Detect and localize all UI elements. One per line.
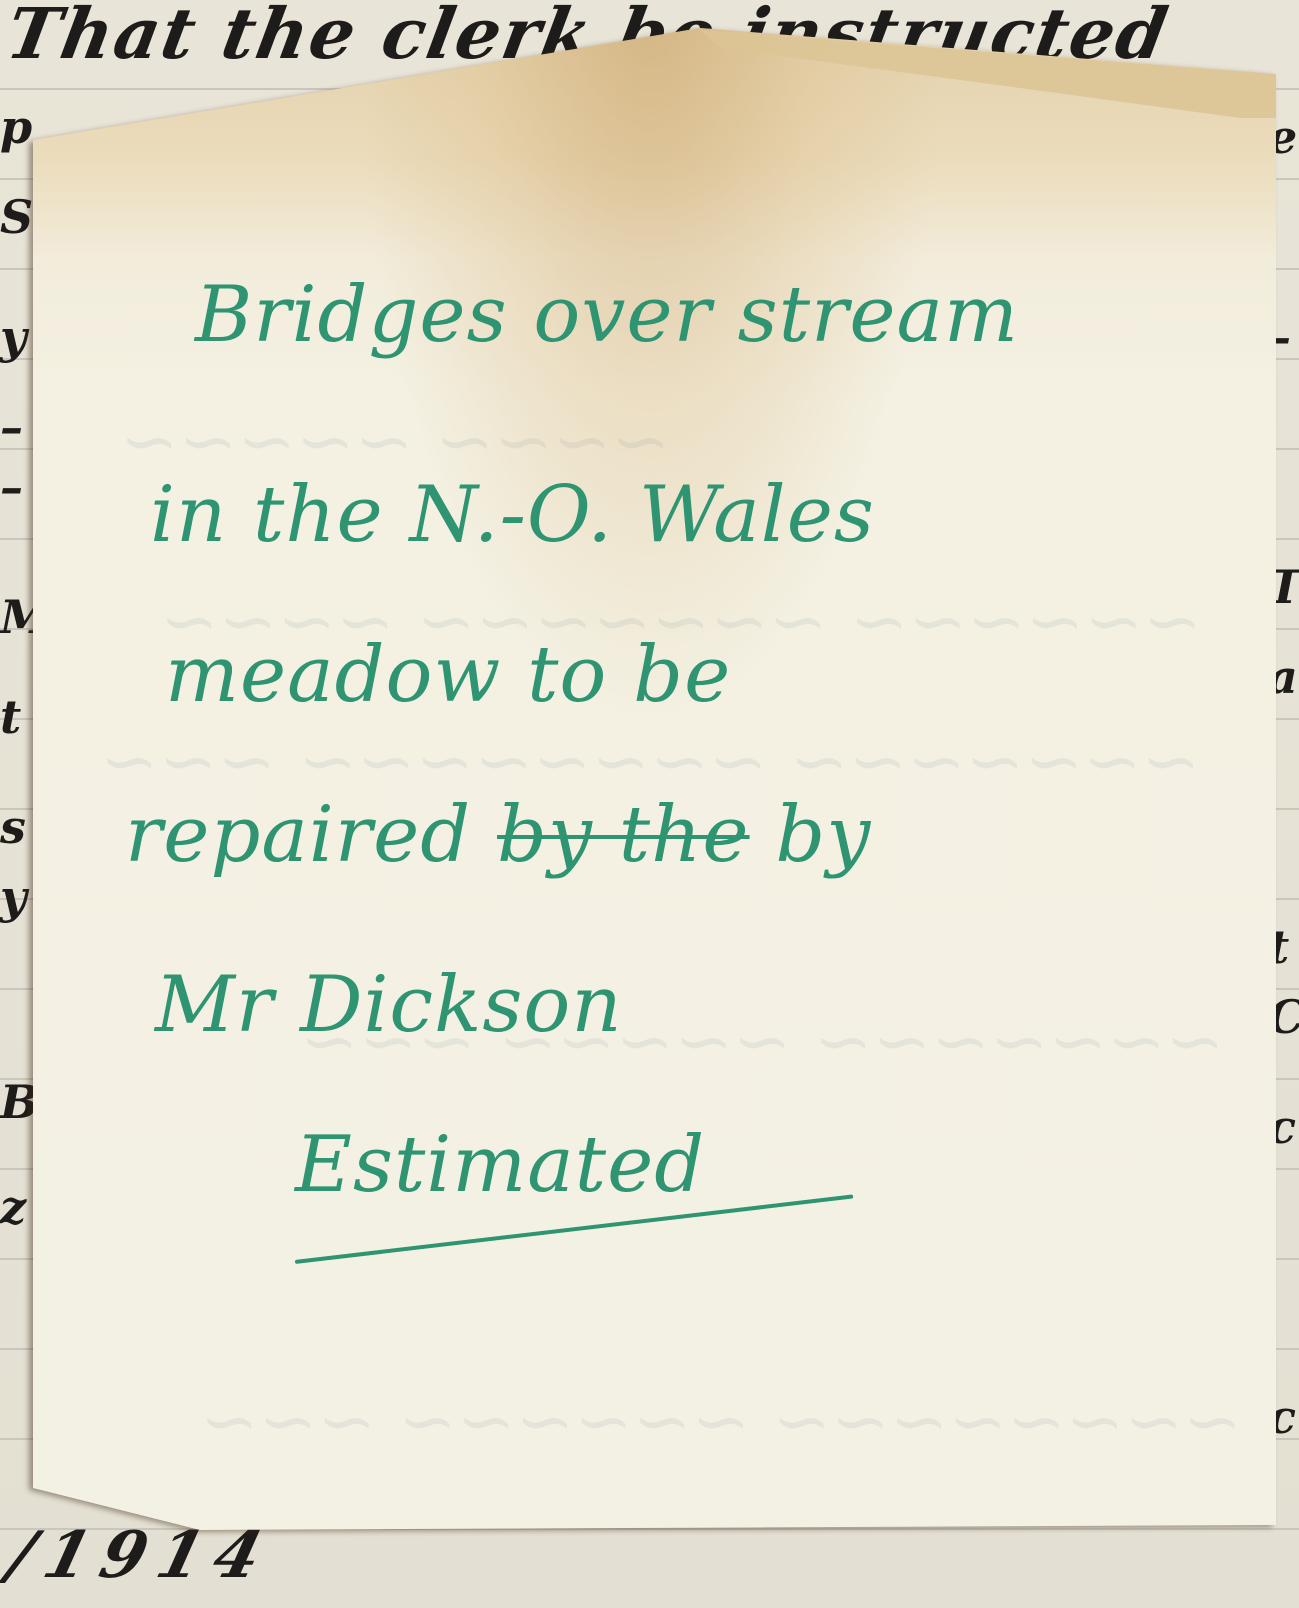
note-line-1: Bridges over stream — [195, 270, 1019, 360]
note-line-4: repaired by the by — [125, 790, 871, 880]
pasted-note-slip: ~~~~ ~~~~~ ~~~~~~ ~~~~~~~ ~~~~ ~~~~~~~ ~… — [0, 0, 1299, 1608]
bleed-through-text: ~~~~~~~~ ~~~~~~ ~~~ — [200, 1380, 1242, 1462]
note-line-5: Mr Dickson — [155, 960, 623, 1050]
struck-out-text: by the — [497, 790, 750, 880]
note-word-by: by — [775, 790, 871, 880]
note-line-3: meadow to be — [165, 630, 731, 720]
note-word-repaired: repaired — [125, 790, 471, 880]
note-line-2: in the N.-O. Wales — [150, 470, 875, 560]
note-line-6: Estimated — [295, 1120, 705, 1210]
